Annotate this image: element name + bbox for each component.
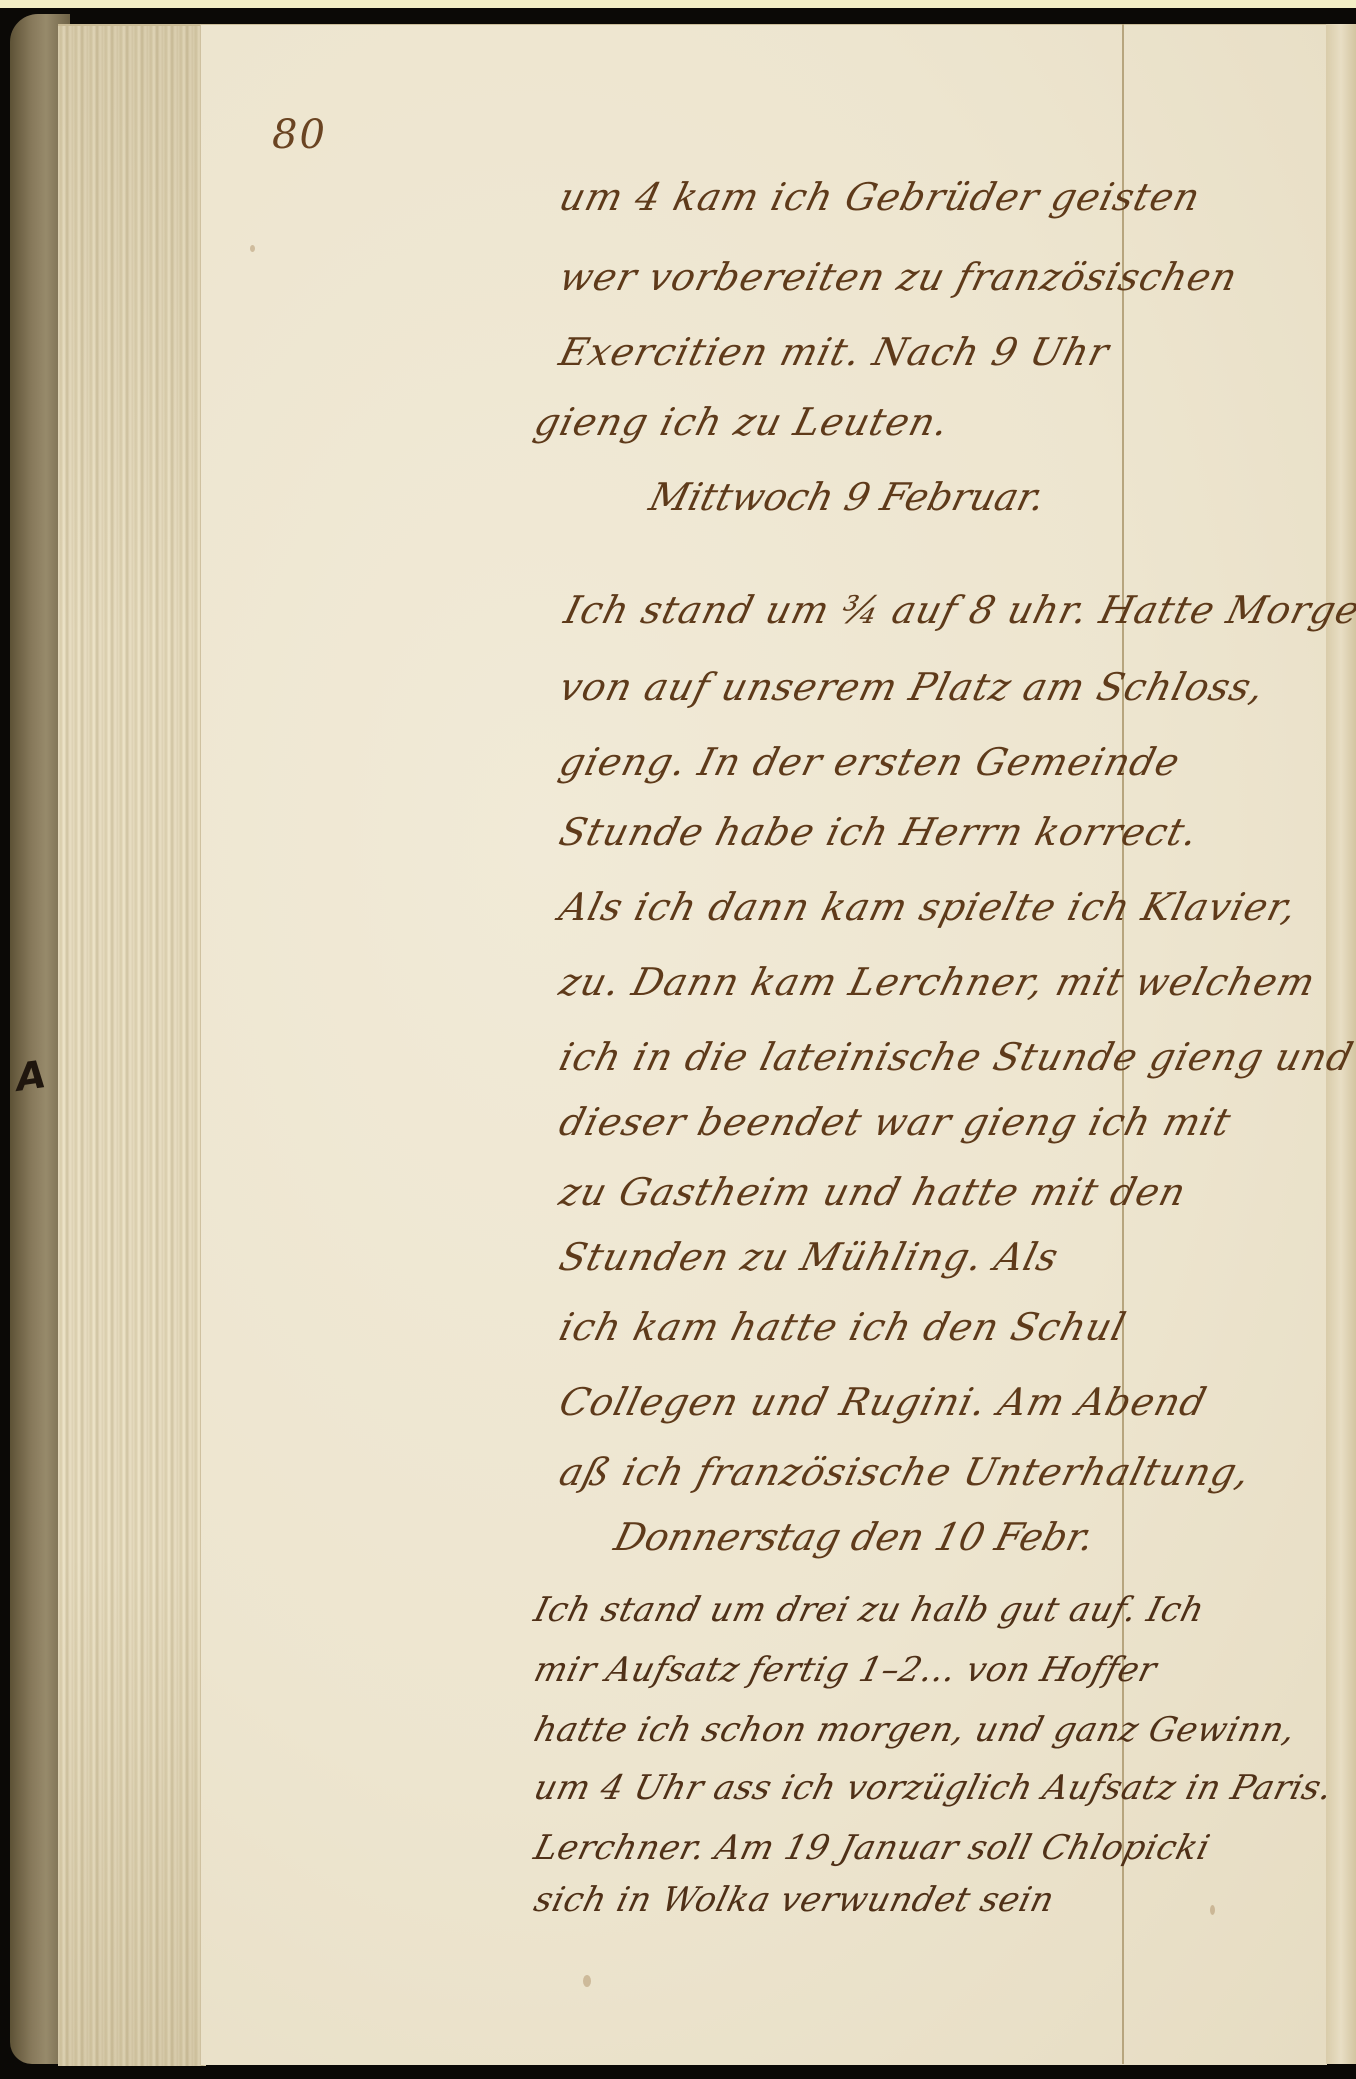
ink-spot bbox=[250, 245, 255, 252]
manuscript-line: ich in die lateinische Stunde gieng und … bbox=[555, 1035, 1356, 1079]
manuscript-line: aß ich französische Unterhaltung, bbox=[555, 1450, 1255, 1494]
ink-spot bbox=[583, 1975, 591, 1987]
manuscript-line: Lerchner. Am 19 Januar soll Chlopicki bbox=[530, 1828, 1214, 1868]
manuscript-line: Stunden zu Mühling. Als bbox=[555, 1235, 1063, 1279]
manuscript-line: um 4 Uhr ass ich vorzüglich Aufsatz in P… bbox=[530, 1768, 1337, 1808]
manuscript-line: gieng. In der ersten Gemeinde bbox=[555, 740, 1185, 784]
manuscript-line: gieng ich zu Leuten. bbox=[530, 400, 954, 444]
manuscript-line: Exercitien mit. Nach 9 Uhr bbox=[555, 330, 1114, 374]
ink-spot bbox=[1210, 1905, 1215, 1915]
manuscript-line: Stunde habe ich Herrn korrect. bbox=[555, 810, 1203, 854]
scan-top-strip bbox=[0, 0, 1356, 8]
manuscript-line: sich in Wolka verwundet sein bbox=[530, 1880, 1058, 1920]
manuscript-line: um 4 kam ich Gebrüder geisten bbox=[555, 175, 1205, 219]
manuscript-line: zu Gastheim und hatte mit den bbox=[555, 1170, 1191, 1214]
page-number: 80 bbox=[272, 112, 327, 158]
manuscript-line: zu. Dann kam Lerchner, mit welchem bbox=[555, 960, 1320, 1004]
entry-date-heading: Donnerstag den 10 Febr. bbox=[610, 1515, 1099, 1559]
spine-mark: A bbox=[15, 1052, 47, 1101]
manuscript-line: von auf unserem Platz am Schloss, bbox=[555, 665, 1269, 709]
manuscript-line: dieser beendet war gieng ich mit bbox=[555, 1100, 1236, 1144]
manuscript-line: Collegen und Rugini. Am Abend bbox=[555, 1380, 1211, 1424]
entry-date-heading: Mittwoch 9 Februar. bbox=[645, 475, 1050, 519]
manuscript-line: mir Aufsatz fertig 1–2... von Hoffer bbox=[530, 1650, 1161, 1690]
manuscript-line: hatte ich schon morgen, und ganz Gewinn, bbox=[530, 1710, 1300, 1750]
manuscript-line: wer vorbereiten zu französischen bbox=[555, 255, 1242, 299]
manuscript-line: Ich stand um drei zu halb gut auf. Ich bbox=[530, 1590, 1209, 1630]
manuscript-line: Ich stand um ¾ auf 8 uhr. Hatte Morgen bbox=[560, 588, 1356, 632]
manuscript-line: Als ich dann kam spielte ich Klavier, bbox=[555, 885, 1302, 929]
page-edges-stack bbox=[58, 24, 206, 2066]
manuscript-line: ich kam hatte ich den Schul bbox=[555, 1305, 1131, 1349]
